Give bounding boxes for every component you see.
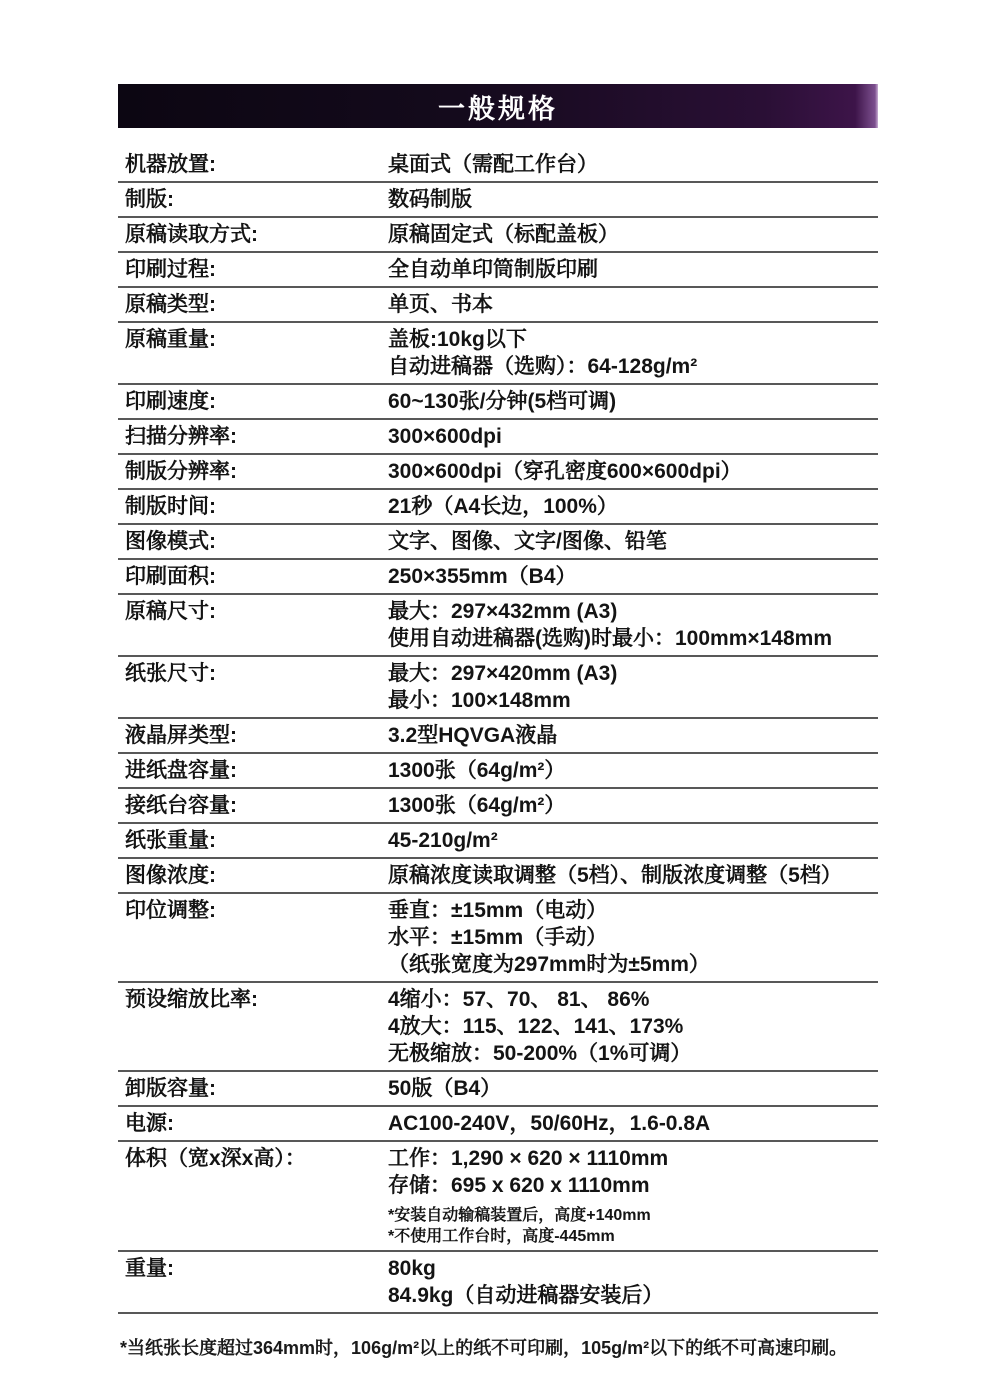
value-line: 无极缩放：50-200%（1%可调）	[388, 1040, 878, 1067]
value-line: 300×600dpi（穿孔密度600×600dpi）	[388, 458, 878, 485]
table-row: 原稿重量:盖板:10kg以下自动进稿器（选购）：64-128g/m²	[118, 323, 878, 385]
table-row: 印刷速度:60~130张/分钟(5档可调)	[118, 385, 878, 420]
table-row: 原稿读取方式:原稿固定式（标配盖板）	[118, 218, 878, 253]
row-label: 机器放置:	[118, 151, 388, 178]
row-label: 接纸台容量:	[118, 792, 388, 819]
table-row: 制版时间:21秒（A4长边，100%）	[118, 490, 878, 525]
value-line: 盖板:10kg以下	[388, 326, 878, 353]
row-values: 80kg84.9kg（自动进稿器安装后）	[388, 1255, 878, 1309]
value-line: 60~130张/分钟(5档可调)	[388, 388, 878, 415]
row-label: 进纸盘容量:	[118, 757, 388, 784]
row-notes: *安装自动输稿装置后，高度+140mm*不使用工作台时，高度-445mm	[388, 1205, 878, 1247]
table-row: 原稿尺寸:最大：297×432mm (A3)使用自动进稿器(选购)时最小：100…	[118, 595, 878, 657]
table-row: 制版分辨率:300×600dpi（穿孔密度600×600dpi）	[118, 455, 878, 490]
row-label: 图像浓度:	[118, 862, 388, 889]
table-row: 纸张尺寸:最大：297×420mm (A3)最小：100×148mm	[118, 657, 878, 719]
table-row: 印刷过程:全自动单印筒制版印刷	[118, 253, 878, 288]
row-label: 原稿类型:	[118, 291, 388, 318]
row-label: 重量:	[118, 1255, 388, 1282]
row-label: 预设缩放比率:	[118, 986, 388, 1013]
value-line: 原稿浓度读取调整（5档）、制版浓度调整（5档）	[388, 862, 878, 889]
row-values: 1300张（64g/m²）	[388, 757, 878, 784]
section-header-band: 一般规格	[118, 84, 878, 128]
value-line: 文字、图像、文字/图像、铅笔	[388, 528, 878, 555]
row-values: 原稿固定式（标配盖板）	[388, 221, 878, 248]
value-line: 4放大：115、122、141、173%	[388, 1013, 878, 1040]
table-row: 纸张重量:45-210g/m²	[118, 824, 878, 859]
row-label: 原稿重量:	[118, 326, 388, 353]
row-label: 卸版容量:	[118, 1075, 388, 1102]
value-line: 使用自动进稿器(选购)时最小：100mm×148mm	[388, 625, 878, 652]
table-row: 接纸台容量:1300张（64g/m²）	[118, 789, 878, 824]
row-label: 制版时间:	[118, 493, 388, 520]
row-values: 300×600dpi	[388, 423, 878, 450]
row-label: 印刷速度:	[118, 388, 388, 415]
value-line: 桌面式（需配工作台）	[388, 151, 878, 178]
value-line: （纸张宽度为297mm时为±5mm）	[388, 951, 878, 978]
value-line: 3.2型HQVGA液晶	[388, 722, 878, 749]
table-row: 体积（宽x深x高）：工作：1,290 × 620 × 1110mm存储：695 …	[118, 1142, 878, 1252]
table-row: 制版:数码制版	[118, 183, 878, 218]
table-row: 机器放置:桌面式（需配工作台）	[118, 148, 878, 183]
section-title: 一般规格	[438, 87, 558, 126]
table-row: 印位调整:垂直：±15mm（电动）水平：±15mm（手动）（纸张宽度为297mm…	[118, 894, 878, 983]
value-line: 自动进稿器（选购）：64-128g/m²	[388, 353, 878, 380]
row-values: 数码制版	[388, 186, 878, 213]
row-values: 21秒（A4长边，100%）	[388, 493, 878, 520]
row-label: 电源:	[118, 1110, 388, 1137]
table-row: 卸版容量:50版（B4）	[118, 1072, 878, 1107]
row-label: 原稿尺寸:	[118, 598, 388, 625]
row-label: 图像模式:	[118, 528, 388, 555]
value-line: 水平：±15mm（手动）	[388, 924, 878, 951]
value-line: AC100-240V，50/60Hz，1.6-0.8A	[388, 1110, 878, 1137]
value-line: 21秒（A4长边，100%）	[388, 493, 878, 520]
row-label: 印刷面积:	[118, 563, 388, 590]
value-line: 45-210g/m²	[388, 827, 878, 854]
row-values: 3.2型HQVGA液晶	[388, 722, 878, 749]
spec-sheet-page: 一般规格 机器放置:桌面式（需配工作台）制版:数码制版原稿读取方式:原稿固定式（…	[0, 0, 989, 1384]
row-values: 文字、图像、文字/图像、铅笔	[388, 528, 878, 555]
value-line: 84.9kg（自动进稿器安装后）	[388, 1282, 878, 1309]
table-row: 电源:AC100-240V，50/60Hz，1.6-0.8A	[118, 1107, 878, 1142]
value-line: 垂直：±15mm（电动）	[388, 897, 878, 924]
row-label: 液晶屏类型:	[118, 722, 388, 749]
row-label: 印刷过程:	[118, 256, 388, 283]
table-row: 重量:80kg84.9kg（自动进稿器安装后）	[118, 1252, 878, 1314]
row-values: 300×600dpi（穿孔密度600×600dpi）	[388, 458, 878, 485]
table-row: 液晶屏类型:3.2型HQVGA液晶	[118, 719, 878, 754]
row-values: 1300张（64g/m²）	[388, 792, 878, 819]
row-label: 纸张重量:	[118, 827, 388, 854]
row-values: 最大：297×420mm (A3)最小：100×148mm	[388, 660, 878, 714]
row-label: 制版:	[118, 186, 388, 213]
value-line: 最小：100×148mm	[388, 687, 878, 714]
value-line: 最大：297×420mm (A3)	[388, 660, 878, 687]
row-values: 250×355mm（B4）	[388, 563, 878, 590]
table-row: 印刷面积:250×355mm（B4）	[118, 560, 878, 595]
value-line: 250×355mm（B4）	[388, 563, 878, 590]
value-line: 全自动单印筒制版印刷	[388, 256, 878, 283]
row-label: 纸张尺寸:	[118, 660, 388, 687]
row-values: 原稿浓度读取调整（5档）、制版浓度调整（5档）	[388, 862, 878, 889]
table-row: 原稿类型:单页、书本	[118, 288, 878, 323]
row-values: 工作：1,290 × 620 × 1110mm存储：695 x 620 x 11…	[388, 1145, 878, 1247]
row-values: 最大：297×432mm (A3)使用自动进稿器(选购)时最小：100mm×14…	[388, 598, 878, 652]
row-label: 原稿读取方式:	[118, 221, 388, 248]
row-values: AC100-240V，50/60Hz，1.6-0.8A	[388, 1110, 878, 1137]
table-row: 图像模式:文字、图像、文字/图像、铅笔	[118, 525, 878, 560]
table-row: 图像浓度:原稿浓度读取调整（5档）、制版浓度调整（5档）	[118, 859, 878, 894]
note-line: *安装自动输稿装置后，高度+140mm	[388, 1205, 878, 1226]
row-values: 4缩小：57、70、 81、 86%4放大：115、122、141、173%无极…	[388, 986, 878, 1067]
spec-table: 机器放置:桌面式（需配工作台）制版:数码制版原稿读取方式:原稿固定式（标配盖板）…	[118, 148, 878, 1314]
table-row: 预设缩放比率:4缩小：57、70、 81、 86%4放大：115、122、141…	[118, 983, 878, 1072]
value-line: 存储：695 x 620 x 1110mm	[388, 1172, 878, 1199]
row-values: 45-210g/m²	[388, 827, 878, 854]
row-label: 印位调整:	[118, 897, 388, 924]
row-values: 桌面式（需配工作台）	[388, 151, 878, 178]
value-line: 50版（B4）	[388, 1075, 878, 1102]
value-line: 原稿固定式（标配盖板）	[388, 221, 878, 248]
table-row: 进纸盘容量:1300张（64g/m²）	[118, 754, 878, 789]
note-line: *不使用工作台时，高度-445mm	[388, 1226, 878, 1247]
row-values: 盖板:10kg以下自动进稿器（选购）：64-128g/m²	[388, 326, 878, 380]
table-row: 扫描分辨率:300×600dpi	[118, 420, 878, 455]
value-line: 最大：297×432mm (A3)	[388, 598, 878, 625]
value-line: 数码制版	[388, 186, 878, 213]
row-values: 60~130张/分钟(5档可调)	[388, 388, 878, 415]
value-line: 1300张（64g/m²）	[388, 757, 878, 784]
row-values: 垂直：±15mm（电动）水平：±15mm（手动）（纸张宽度为297mm时为±5m…	[388, 897, 878, 978]
row-values: 50版（B4）	[388, 1075, 878, 1102]
value-line: 工作：1,290 × 620 × 1110mm	[388, 1145, 878, 1172]
row-label: 扫描分辨率:	[118, 423, 388, 450]
value-line: 4缩小：57、70、 81、 86%	[388, 986, 878, 1013]
value-line: 80kg	[388, 1255, 878, 1282]
value-line: 1300张（64g/m²）	[388, 792, 878, 819]
footnote: *当纸张长度超过364mm时，106g/m²以上的纸不可印刷，105g/m²以下…	[120, 1336, 940, 1360]
row-label: 制版分辨率:	[118, 458, 388, 485]
row-values: 单页、书本	[388, 291, 878, 318]
value-line: 单页、书本	[388, 291, 878, 318]
value-line: 300×600dpi	[388, 423, 878, 450]
row-label: 体积（宽x深x高）：	[118, 1145, 388, 1172]
row-values: 全自动单印筒制版印刷	[388, 256, 878, 283]
